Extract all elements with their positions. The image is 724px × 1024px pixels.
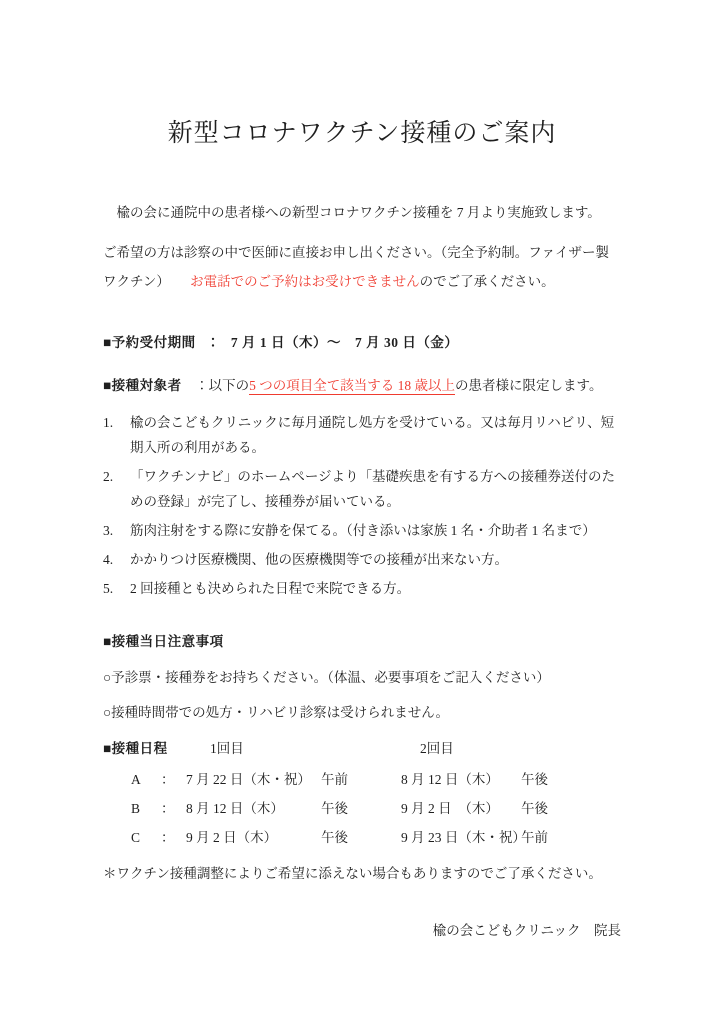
row-label: B [131, 798, 161, 820]
item-number: 2. [103, 464, 130, 514]
eligibility-heading: ■接種対象者 [103, 378, 182, 393]
schedule-heading: ■接種日程 [103, 738, 210, 760]
item-number: 4. [103, 547, 130, 572]
row-label: C [131, 827, 161, 849]
item-text: かかりつけ医療機関、他の医療機関等での接種が出来ない方。 [130, 547, 621, 572]
schedule-heading-row: ■接種日程 1回目 2回目 [103, 738, 621, 760]
schedule-row-a: A ： 7 月 22 日（木・祝） 午前 8 月 12 日（木） 午後 [103, 769, 621, 791]
dose1-column-header: 1回目 [210, 738, 420, 760]
dose2-time: 午前 [521, 827, 548, 849]
dose1-time: 午後 [321, 827, 401, 849]
signature: 楡の会こどもクリニック 院長 [103, 920, 621, 942]
row-colon: ： [161, 827, 186, 849]
eligibility-heading-line: ■接種対象者 ：以下の5 つの項目全て該当する 18 歳以上の患者様に限定します… [103, 375, 621, 397]
row-colon: ： [161, 798, 186, 820]
dose1-time: 午前 [321, 769, 401, 791]
item-text: 「ワクチンナビ」のホームページより「基礎疾患を有する方への接種券送付のための登録… [130, 464, 621, 514]
eligibility-lead-out: の患者様に限定します。 [455, 378, 602, 393]
day-note-2: ○接種時間帯での処方・リハビリ診察は受けられません。 [103, 702, 621, 724]
day-notes-heading: ■接種当日注意事項 [103, 631, 621, 653]
dose1-time: 午後 [321, 798, 401, 820]
phone-reservation-warning: お電話でのご予約はお受けできません [190, 274, 420, 289]
schedule-row-b: B ： 8 月 12 日（木） 午後 9 月 2 日 （木） 午後 [103, 798, 621, 820]
eligibility-highlight: 5 つの項目全て該当する 18 歳以上 [249, 378, 455, 395]
item-text: 2 回接種とも決められた日程で来院できる方。 [130, 576, 621, 601]
page-title: 新型コロナワクチン接種のご案内 [103, 116, 621, 152]
dose1-date: 8 月 12 日（木） [186, 798, 321, 820]
list-item-2: 2. 「ワクチンナビ」のホームページより「基礎疾患を有する方への接種券送付のため… [103, 464, 621, 514]
item-text: 楡の会こどもクリニックに毎月通院し処方を受けている。又は毎月リハビリ、短期入所の… [130, 410, 621, 460]
schedule-note: ＊ワクチン接種調整によりご希望に添えない場合もありますのでご了承ください。 [103, 863, 621, 885]
dose2-date: 9 月 2 日 （木） [401, 798, 521, 820]
intro-paragraph-2: ご希望の方は診察の中で医師に直接お申し出ください。（完全予約制。ファイザー製ワク… [103, 238, 621, 296]
row-label: A [131, 769, 161, 791]
list-item-3: 3. 筋肉注射をする際に安静を保てる。（付き添いは家族 1 名・介助者 1 名ま… [103, 518, 621, 543]
row-colon: ： [161, 769, 186, 791]
item-number: 1. [103, 410, 130, 460]
document-content: 新型コロナワクチン接種のご案内 楡の会に通院中の患者様への新型コロナワクチン接種… [0, 116, 724, 942]
schedule-row-c: C ： 9 月 2 日（木） 午後 9 月 23 日（木・祝） 午前 [103, 827, 621, 849]
list-item-5: 5. 2 回接種とも決められた日程で来院できる方。 [103, 576, 621, 601]
eligibility-lead-in: ：以下の [182, 378, 250, 393]
dose2-date: 8 月 12 日（木） [401, 769, 521, 791]
dose2-date: 9 月 23 日（木・祝） [401, 827, 521, 849]
dose2-time: 午後 [521, 769, 548, 791]
document-page: 新型コロナワクチン接種のご案内 楡の会に通院中の患者様への新型コロナワクチン接種… [0, 0, 724, 1024]
list-item-1: 1. 楡の会こどもクリニックに毎月通院し処方を受けている。又は毎月リハビリ、短期… [103, 410, 621, 460]
item-number: 5. [103, 576, 130, 601]
intro-paragraph-1: 楡の会に通院中の患者様への新型コロナワクチン接種を 7 月より実施致します。 [103, 202, 621, 224]
dose1-date: 7 月 22 日（木・祝） [186, 769, 321, 791]
eligibility-list: 1. 楡の会こどもクリニックに毎月通院し処方を受けている。又は毎月リハビリ、短期… [103, 410, 621, 601]
reservation-period-heading: ■予約受付期間 ： 7 月 1 日（木）～ 7 月 30 日（金） [103, 332, 621, 354]
intro-paragraph-2-closing: のでご了承ください。 [420, 274, 555, 289]
day-note-1: ○予診票・接種券をお持ちください。（体温、必要事項をご記入ください） [103, 667, 621, 689]
dose2-column-header: 2回目 [420, 738, 454, 760]
dose2-time: 午後 [521, 798, 548, 820]
item-number: 3. [103, 518, 130, 543]
dose1-date: 9 月 2 日（木） [186, 827, 321, 849]
list-item-4: 4. かかりつけ医療機関、他の医療機関等での接種が出来ない方。 [103, 547, 621, 572]
item-text: 筋肉注射をする際に安静を保てる。（付き添いは家族 1 名・介助者 1 名まで） [130, 518, 621, 543]
